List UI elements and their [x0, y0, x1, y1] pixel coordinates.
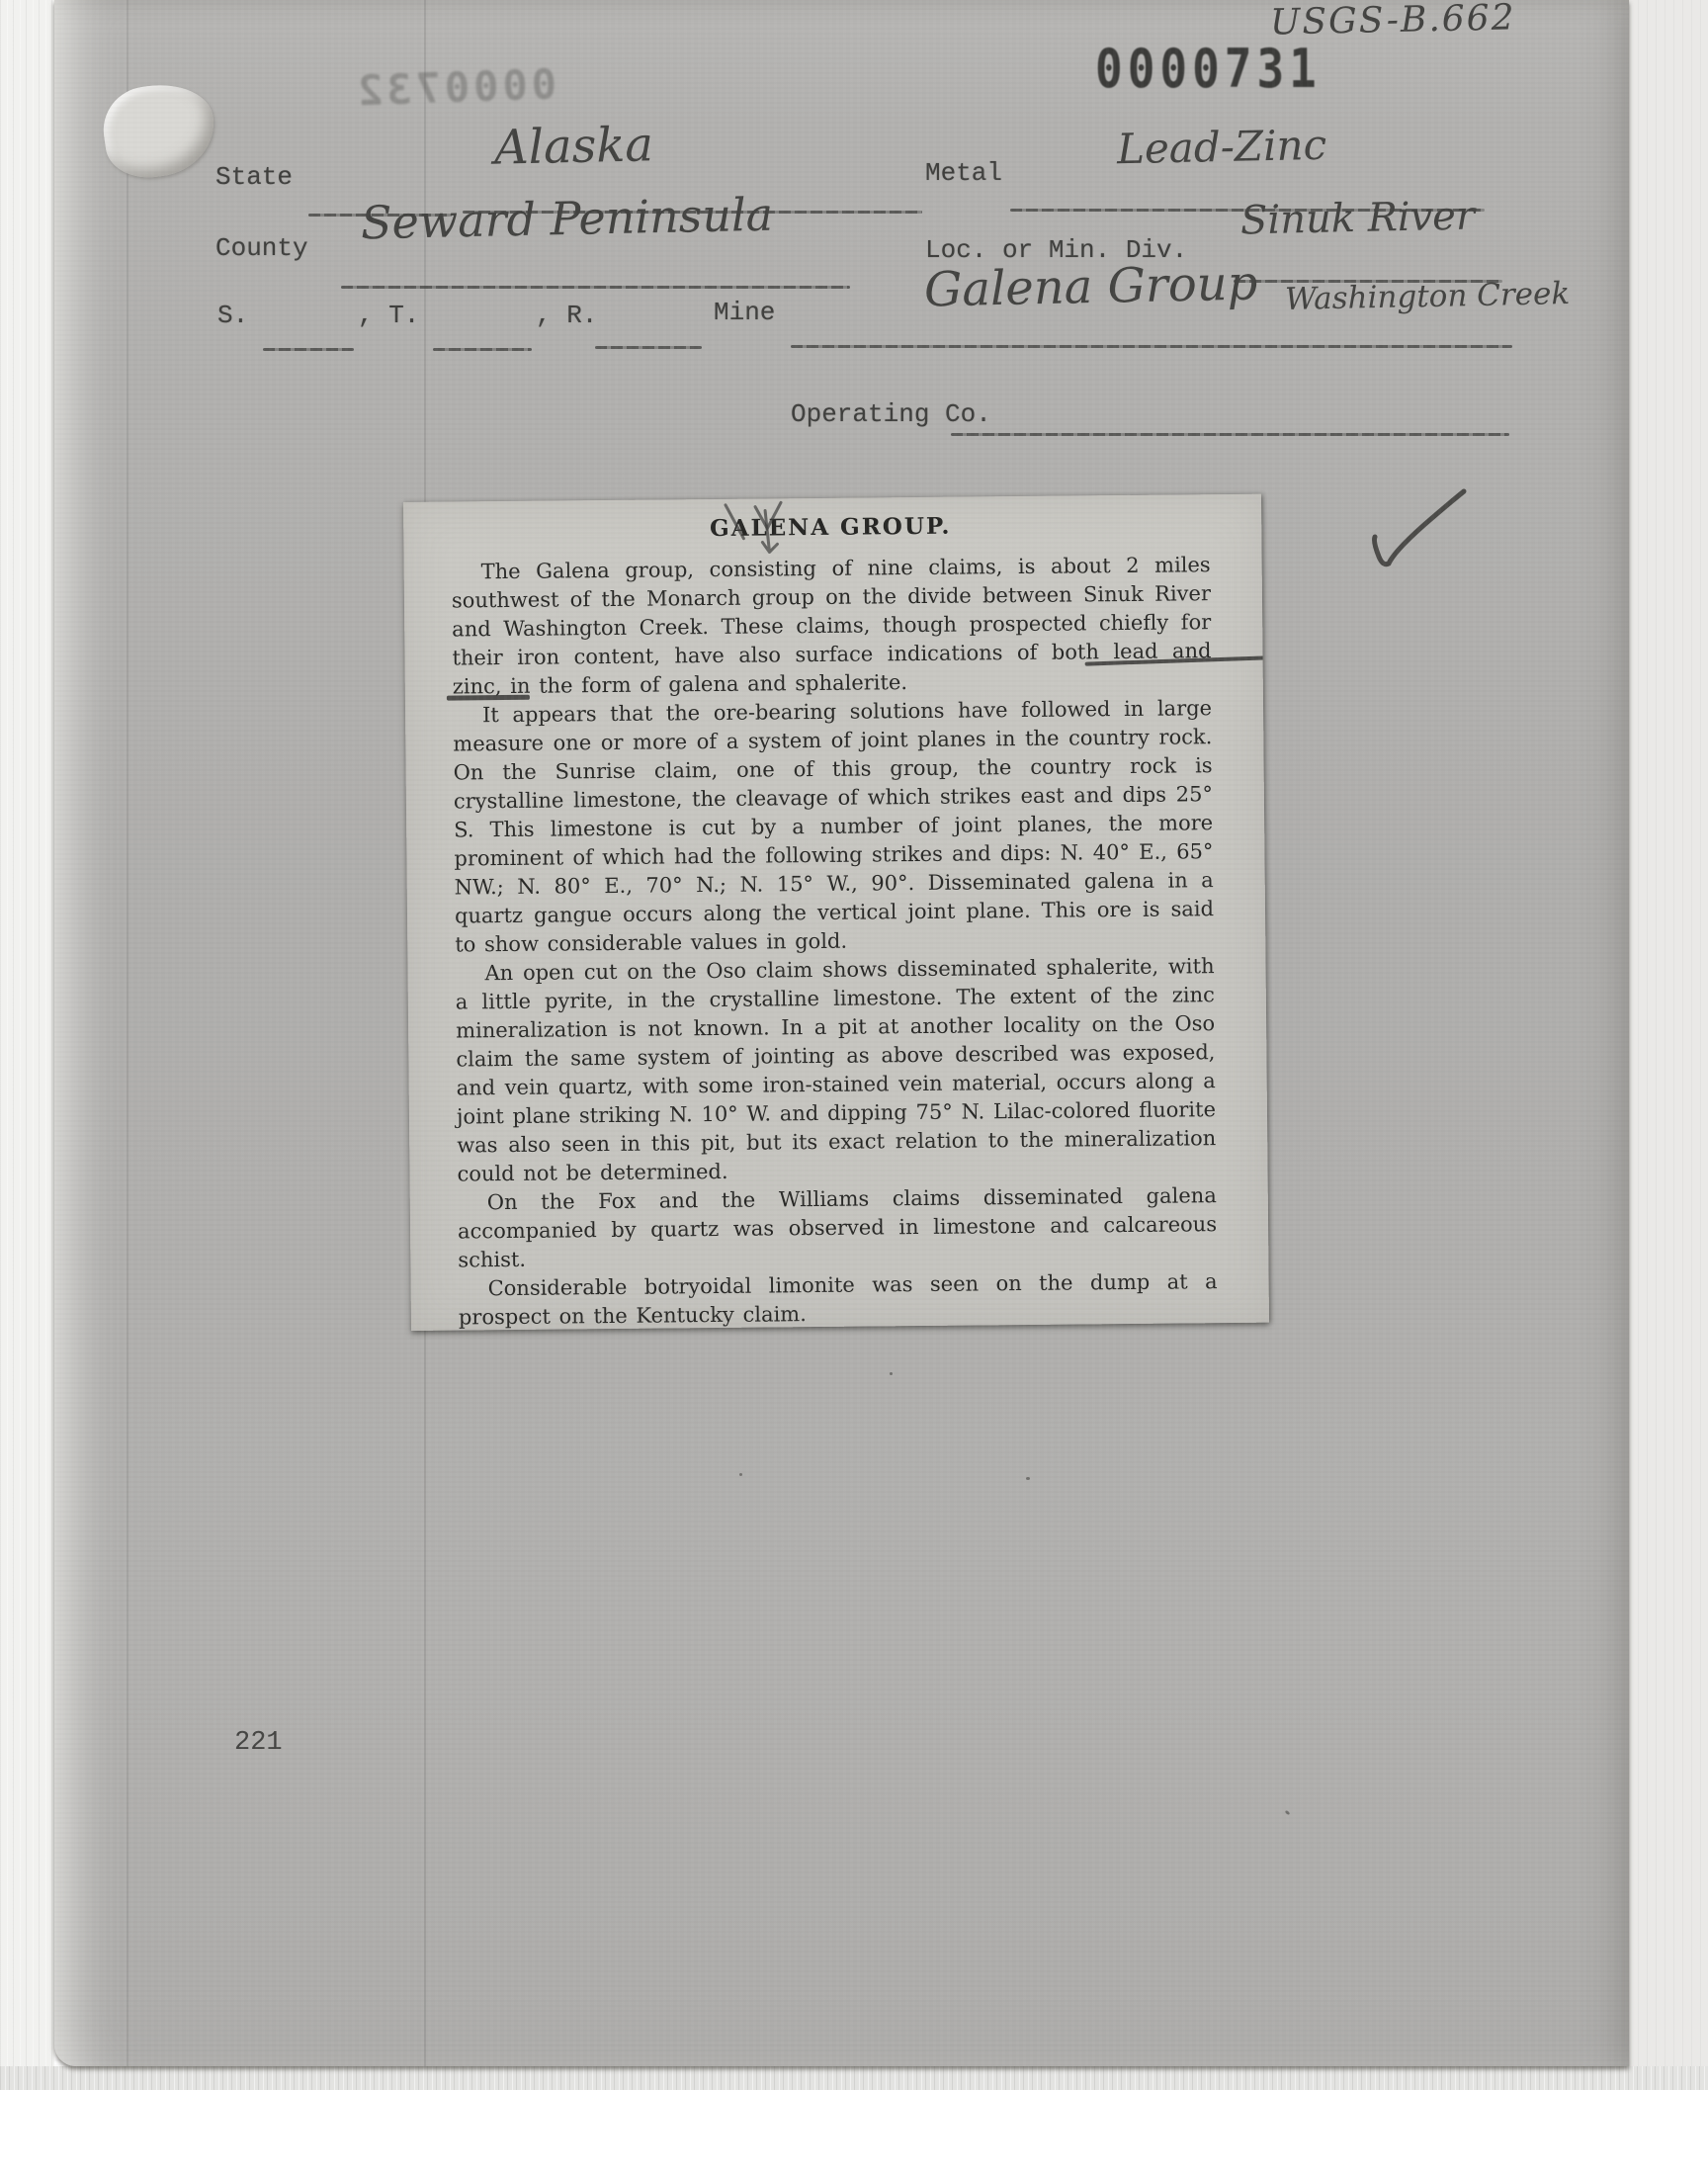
section-label: S.	[217, 301, 248, 330]
metal-value: Lead-Zinc	[1117, 121, 1327, 173]
scanner-edge-right	[1629, 0, 1708, 2090]
clipping-paragraph: It appears that the ore-bearing solution…	[453, 694, 1214, 959]
clipping-paragraph: An open cut on the Oso claim shows disse…	[455, 952, 1216, 1188]
pen-underline-zinc	[447, 695, 530, 701]
mine-label: Mine	[714, 298, 775, 327]
loc-div-value-2: Washington Creek	[1285, 276, 1571, 317]
dust-speck	[1285, 1810, 1291, 1816]
operating-co-label: Operating Co.	[791, 399, 991, 429]
county-label: County	[215, 233, 308, 263]
mine-value: Galena Group	[923, 255, 1257, 317]
pen-tick-marks-icon	[722, 500, 831, 565]
scanner-edge-left	[0, 0, 54, 2090]
township-blank-line	[433, 348, 532, 351]
scanned-document: 0000732 USGS-B.662 0000731 State Alaska …	[0, 0, 1708, 2175]
mine-entry-line	[791, 345, 1512, 348]
pen-checkmark-icon	[1369, 487, 1472, 574]
bleedthrough-stamp: 0000732	[353, 59, 557, 115]
township-label: , T.	[358, 301, 419, 330]
clipping-paragraph: Considerable botryoidal limonite was see…	[459, 1267, 1219, 1331]
document-page: 0000732 USGS-B.662 0000731 State Alaska …	[54, 0, 1629, 2066]
state-label: State	[215, 162, 293, 192]
metal-label: Metal	[925, 158, 1002, 188]
page-number: 221	[234, 1728, 283, 1758]
state-value: Alaska	[493, 117, 653, 175]
newspaper-clipping: GALENA GROUP. The Galena group, consisti…	[403, 494, 1269, 1331]
dust-speck	[890, 1372, 893, 1375]
range-blank-line	[595, 346, 702, 349]
fold-line-left	[127, 0, 128, 2066]
paper-tear	[98, 78, 220, 184]
county-entry-line	[341, 286, 850, 289]
dust-speck	[1026, 1477, 1030, 1480]
operating-co-entry-line	[951, 433, 1509, 436]
clipping-paragraph: On the Fox and the Williams claims disse…	[458, 1181, 1218, 1274]
dust-speck	[739, 1473, 742, 1476]
serial-number-stamp: 0000731	[1095, 37, 1322, 100]
range-label: , R.	[536, 301, 597, 330]
clipping-paragraph: The Galena group, consisting of nine cla…	[452, 551, 1212, 701]
scanner-edge-bottom	[0, 2066, 1708, 2090]
loc-div-value: Sinuk River	[1240, 194, 1476, 244]
county-value: Seward Peninsula	[360, 188, 773, 250]
section-blank-line	[263, 348, 354, 351]
